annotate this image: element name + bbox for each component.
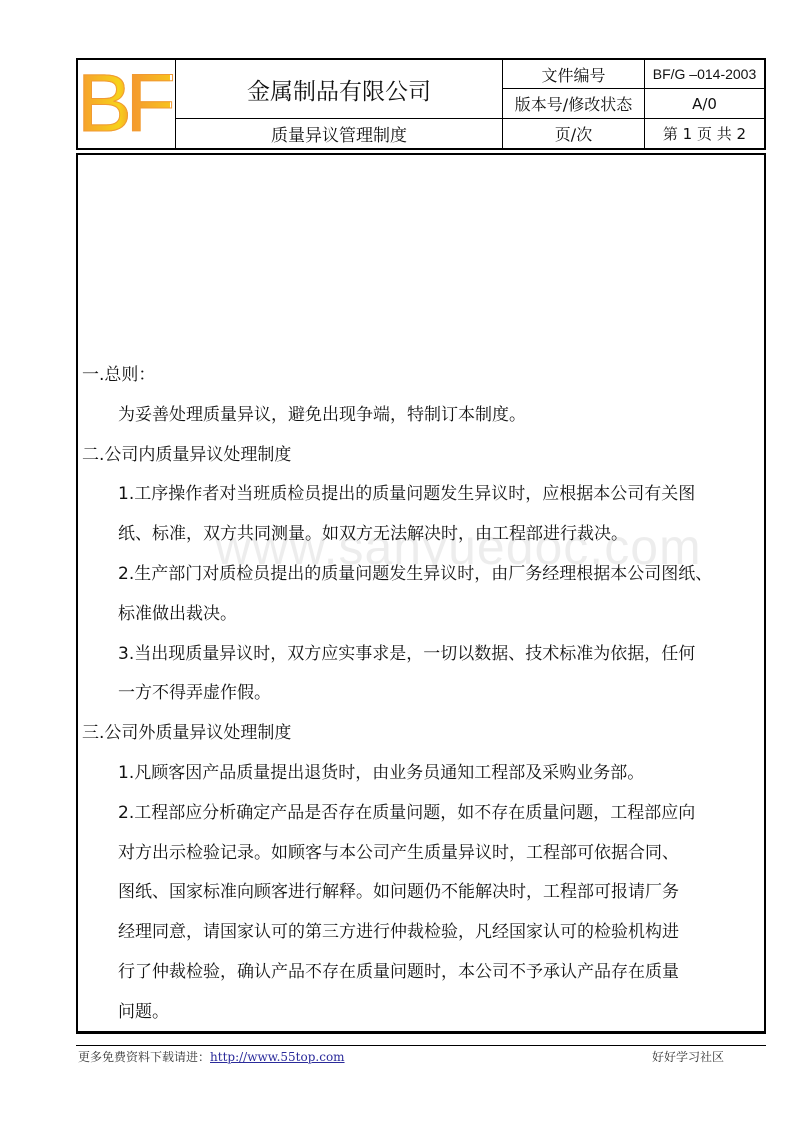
version-value: A/0 (644, 89, 764, 119)
paragraph-line: 纸、标准，双方共同测量。如双方无法解决时，由工程部进行裁决。 (82, 515, 756, 555)
document-body: 一.总则： 为妥善处理质量异议，避免出现争端，特制订本制度。 二.公司内质量异议… (76, 153, 766, 1034)
version-label: 版本号/修改状态 (502, 89, 644, 119)
paragraph-line: 对方出示检验记录。如顾客与本公司产生质量异议时，工程部可依据合同、 (82, 834, 756, 874)
footer-community-text: 好好学习社区 (652, 1048, 724, 1065)
document-header-table: BF 金属制品有限公司 质量异议管理制度 文件编号 BF/G –014-2003… (76, 58, 766, 150)
footer-prefix: 更多免费资料下载请进： (78, 1050, 210, 1064)
paragraph-line: 3.当出现质量异议时，双方应实事求是，一切以数据、技术标准为依据，任何 (82, 635, 756, 675)
page-value: 第 1 页 共 2 (644, 119, 764, 148)
paragraph-line: 2.生产部门对质检员提出的质量问题发生异议时，由厂务经理根据本公司图纸、 (82, 555, 756, 595)
company-logo: BF (77, 63, 170, 145)
paragraph-line: 行了仲裁检验，确认产品不存在质量问题时，本公司不予承认产品存在质量 (82, 953, 756, 993)
section-heading: 二.公司内质量异议处理制度 (82, 436, 756, 476)
paragraph-line: 1.凡顾客因产品质量提出退货时，由业务员通知工程部及采购业务部。 (82, 754, 756, 794)
doc-number-value: BF/G –014-2003 (644, 60, 764, 89)
paragraph-line: 图纸、国家标准向顾客进行解释。如问题仍不能解决时，工程部可报请厂务 (82, 873, 756, 913)
paragraph-line: 经理同意，请国家认可的第三方进行仲裁检验，凡经国家认可的检验机构进 (82, 913, 756, 953)
footer-link[interactable]: http://www.55top.com (210, 1050, 345, 1064)
document-title: 质量异议管理制度 (176, 119, 502, 148)
paragraph-line: 1.工序操作者对当班质检员提出的质量问题发生异议时，应根据本公司有关图 (82, 475, 756, 515)
paragraph-line: 问题。 (82, 993, 756, 1033)
body-content: 一.总则： 为妥善处理质量异议，避免出现争端，特制订本制度。 二.公司内质量异议… (82, 356, 756, 1033)
section-heading: 一.总则： (82, 356, 756, 396)
page-label: 页/次 (502, 119, 644, 148)
paragraph-line: 标准做出裁决。 (82, 595, 756, 635)
paragraph-line: 为妥善处理质量异议，避免出现争端，特制订本制度。 (82, 396, 756, 436)
section-heading: 三.公司外质量异议处理制度 (82, 714, 756, 754)
footer-download-note: 更多免费资料下载请进：http://www.55top.com (78, 1048, 345, 1065)
logo-cell: BF (78, 60, 176, 148)
paragraph-line: 一方不得弄虚作假。 (82, 674, 756, 714)
doc-number-label: 文件编号 (502, 60, 644, 89)
paragraph-line: 2.工程部应分析确定产品是否存在质量问题，如不存在质量问题，工程部应向 (82, 794, 756, 834)
footer-divider (76, 1045, 766, 1046)
company-name: 金属制品有限公司 (176, 60, 502, 119)
